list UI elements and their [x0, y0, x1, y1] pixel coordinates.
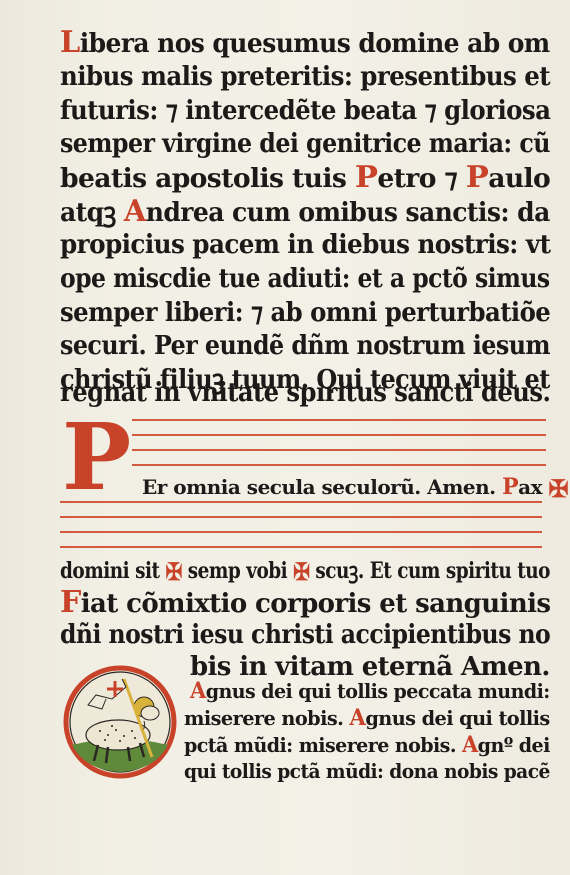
- line-text: semper virgine dei genitrice maria: cũ: [60, 129, 550, 159]
- line-text: dñi nostri iesu christi accipientibus no: [60, 620, 550, 650]
- text-line: propicius pacem in diebus nostris: vt: [60, 230, 550, 260]
- text-line: futuris: ⁊ intercedẽte beata ⁊ gloriosa: [60, 96, 550, 126]
- text-line: semper virgine dei genitrice maria: cũ: [60, 129, 550, 159]
- line-text: semp vobi: [182, 558, 293, 584]
- text-line: beatis apostolis tuis Petro ⁊ Paulo: [60, 163, 550, 193]
- text-line: securi. Per eundẽ dñm nostrum iesum: [60, 331, 550, 361]
- line-text: ndrea cum omibus sanctis: da: [146, 198, 550, 228]
- text-line: miserere nobis. Agnus dei qui tollis: [184, 705, 550, 735]
- staff-line: [60, 546, 542, 548]
- line-text: nibus malis preteritis: presentibus et: [60, 62, 550, 92]
- line-text: gnº dei: [478, 733, 550, 757]
- cross-icon: ✠: [293, 557, 309, 587]
- staff-line: [132, 419, 546, 421]
- line-text: etro ⁊: [377, 164, 465, 194]
- staff-line: [132, 464, 546, 466]
- text-line: regnat in vnitate spiritus sancti deus.: [60, 378, 550, 408]
- line-text: pctã mũdi: miserere nobis.: [184, 733, 462, 757]
- red-initial: P: [466, 163, 488, 193]
- chant-words: Er omnia secula seculorũ. Amen.: [142, 475, 496, 499]
- pax-text: ax: [518, 475, 542, 499]
- line-text: aulo: [488, 164, 550, 194]
- text-line: qui tollis pctã mũdi: dona nobis pacẽ: [184, 758, 550, 788]
- red-initial: A: [190, 678, 206, 704]
- text-line: ope miscdie tue adiuti: et a pctõ simus: [60, 264, 550, 294]
- staff-line: [132, 449, 546, 451]
- red-initial: P: [355, 163, 377, 193]
- text-line: dñi nostri iesu christi accipientibus no: [60, 620, 550, 650]
- line-text: atqꝫ: [60, 198, 124, 228]
- line-text: gnus dei qui tollis: [365, 706, 549, 730]
- line-text: futuris: ⁊ intercedẽte beata ⁊ gloriosa: [60, 96, 550, 126]
- text-line: Agnus dei qui tollis peccata mundi:: [190, 678, 550, 708]
- line-text: miserere nobis.: [184, 706, 349, 730]
- red-initial: A: [462, 732, 478, 758]
- line-text: beatis apostolis tuis: [60, 164, 355, 194]
- staff-line: [60, 516, 542, 518]
- red-initial: L: [60, 28, 80, 58]
- line-text: ope miscdie tue adiuti: et a pctõ simus: [60, 264, 550, 294]
- staff-line: [60, 501, 542, 503]
- staff-line: [132, 434, 546, 436]
- line-text: iat cõmixtio corporis et sanguinis: [81, 589, 551, 619]
- line-text: propicius pacem in diebus nostris: vt: [60, 230, 550, 260]
- line-text: ibera nos quesumus domine ab om: [80, 29, 550, 59]
- cross-icon: ✠: [548, 477, 568, 501]
- text-line: domini sit ✠ semp vobi ✠ scuꝫ. Et cum sp…: [60, 556, 550, 586]
- line-text: securi. Per eundẽ dñm nostrum iesum: [60, 331, 550, 361]
- red-initial: A: [124, 197, 146, 227]
- line-text: semper liberi: ⁊ ab omni perturbatiõe: [60, 298, 550, 328]
- chant-text: Er omnia secula seculorũ. Amen. Pax ✠: [142, 475, 568, 501]
- line-text: domini sit: [60, 558, 165, 584]
- decorated-initial-p: P: [62, 412, 132, 502]
- missal-page: Libera nos quesumus domine ab om nibus m…: [0, 0, 570, 875]
- red-initial: P: [502, 475, 518, 499]
- line-text: qui tollis pctã mũdi: dona nobis pacẽ: [184, 759, 550, 783]
- line-text: scuꝫ. Et cum spiritu tuo: [309, 558, 550, 584]
- line-text: regnat in vnitate spiritus sancti deus.: [60, 378, 550, 408]
- agnus-dei-lamb-illustration: [60, 665, 180, 780]
- cross-icon: ✠: [165, 557, 181, 587]
- red-initial: F: [60, 588, 81, 618]
- text-line: nibus malis preteritis: presentibus et: [60, 62, 550, 92]
- red-initial: A: [349, 705, 365, 731]
- text-line: Fiat cõmixtio corporis et sanguinis: [60, 588, 550, 618]
- staff-line: [60, 531, 542, 533]
- line-text: gnus dei qui tollis peccata mundi:: [206, 679, 550, 703]
- text-line: semper liberi: ⁊ ab omni perturbatiõe: [60, 298, 550, 328]
- text-line: atqꝫ Andrea cum omibus sanctis: da: [60, 197, 550, 227]
- text-line: Libera nos quesumus domine ab om: [60, 28, 550, 58]
